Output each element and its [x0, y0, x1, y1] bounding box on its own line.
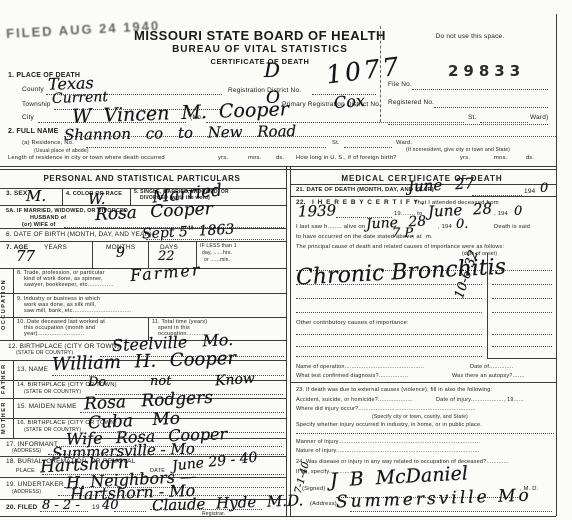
city-ward-label: Ward) [530, 114, 548, 121]
sex-value: M. [26, 187, 46, 205]
right-border [556, 14, 557, 516]
dotted-line [492, 312, 552, 313]
burial-place-label: PLACE [16, 468, 35, 474]
township-label: Township [22, 101, 51, 108]
full-name-label: 2. FULL NAME [8, 128, 59, 135]
age-less-label3: or ......min. [204, 257, 230, 263]
father-birthplace-value: Know [214, 371, 255, 390]
industry-label3: saw mill, bank, etc.....................… [24, 308, 132, 314]
registration-district-label: Registration District No. [228, 87, 301, 94]
rule [290, 196, 556, 197]
test-label: What test confirmed diagnosis?..........… [296, 373, 408, 379]
father-side-label: FATHER [1, 360, 13, 398]
ds-label: ds. [526, 155, 534, 161]
dotted-line [296, 433, 554, 434]
attended-from-value: 1939 [298, 201, 337, 220]
county-label: County [22, 86, 44, 93]
father-birthplace-sublabel: (STATE OR COUNTRY) [24, 389, 81, 395]
contributory-label: Other contributory causes of importance: [296, 320, 409, 326]
to-year-printed: , 194 [494, 211, 508, 217]
dotted-line [492, 298, 552, 299]
page-title: MISSOURI STATE BOARD OF HEALTH [120, 28, 400, 43]
last-saw-label: I last saw h........ alive on [296, 224, 365, 230]
to-year-value: 0 [514, 204, 522, 219]
father-birthplace-value: Do [88, 375, 106, 390]
yrs-label: yrs. [218, 155, 228, 161]
cell-divider [92, 241, 93, 268]
manner-injury-label: Manner of injury........................… [296, 439, 480, 445]
father-name-value: William H. Cooper [52, 348, 237, 375]
ds-label: ds. [276, 155, 284, 161]
registrar-signature: Claude Hyde M.D. [152, 491, 304, 514]
address-label: (Address) [310, 501, 337, 507]
last-saw-year-printed: , 194 [438, 224, 452, 230]
file-number-stamp: 29833 [448, 62, 525, 80]
rule [0, 169, 556, 170]
column-divider [290, 166, 291, 516]
occupation-side-label: OCCUPATION [1, 268, 13, 340]
autopsy-label: Was there an autopsy?....... [452, 373, 525, 379]
residence-value: Shannon co to New Road [64, 122, 296, 144]
birthplace-label: 12. BIRTHPLACE (CITY OR TOWN) [8, 343, 119, 350]
dotted-line [350, 511, 552, 512]
dotted-line [296, 312, 482, 313]
dotted-line [434, 107, 548, 108]
hour-of-death-value: 7 P. [392, 226, 415, 241]
dotted-line [344, 147, 392, 148]
age-years-value: 77 [16, 247, 35, 265]
operation-date-label: Date of.............. [470, 364, 513, 370]
left-column-header: PERSONAL AND STATISTICAL PARTICULARS [10, 174, 274, 183]
death-certificate-scan: FILED AUG 24 1940 MISSOURI STATE BOARD O… [0, 0, 572, 520]
rule [0, 166, 556, 167]
filed-label: 20. FILED [6, 504, 37, 511]
age-less-label: IF LESS than 1 [200, 243, 237, 249]
residence-ward-label: Ward. [396, 140, 412, 146]
trade-value: Farmer [129, 260, 202, 285]
residence-st-label: St. [332, 140, 340, 146]
specify-whether-label: Specify whether injury occurred in indus… [296, 422, 482, 428]
primary-district-label: Primary Registration District No. [282, 101, 381, 108]
dotted-line [492, 346, 552, 347]
cell-divider [13, 268, 14, 340]
date-of-death-value: June 27 [408, 174, 475, 195]
registered-no-label: Registered No. [388, 99, 434, 106]
primary-district-value: Cox [333, 91, 365, 112]
where-injury-label: Where did injury occur?.................… [296, 406, 476, 412]
dotted-line [480, 122, 528, 123]
how-long-us-label: How long in U. S., if of foreign birth? [296, 155, 397, 161]
informant-label: 17. INFORMANT [6, 441, 58, 448]
father-name-label: 13. NAME [17, 366, 48, 373]
mos-label: mos. [248, 155, 261, 161]
city-st-label: St. [468, 114, 477, 121]
nature-injury-label: Nature of injury........................… [296, 448, 480, 454]
abode-note: (Usual place of abode) [34, 148, 89, 154]
death-said-label: Death is said [494, 224, 530, 230]
cell-divider [62, 188, 63, 205]
injury-date-label: Date of injury..................., 19...… [436, 397, 524, 403]
length-residence-label: Length of residence in city or town wher… [8, 155, 165, 161]
undertaker-label: 19. UNDERTAKER [6, 481, 64, 488]
mos-label: mos. [494, 155, 507, 161]
column-divider [286, 166, 287, 516]
rule [290, 382, 556, 383]
rule [0, 317, 286, 318]
bottom-rule [0, 516, 556, 517]
dotted-line [296, 346, 482, 347]
do-not-use-note: Do not use this space. [395, 33, 545, 40]
file-no-label: File No. [388, 81, 412, 88]
death-year-value: 0 [540, 181, 548, 196]
rule [0, 293, 286, 294]
page-subtitle: BUREAU OF VITAL STATISTICS [120, 44, 400, 55]
m-label: m. [426, 234, 433, 240]
age-months-value: 9 [116, 245, 125, 261]
dotted-line [296, 356, 482, 357]
dotted-line [412, 89, 548, 90]
onset-box-bottom [487, 358, 556, 359]
accident-label: Accident, suicide, or homicide?.........… [296, 397, 413, 403]
mother-name-label: 15. MAIDEN NAME [17, 403, 77, 410]
dotted-line [40, 511, 88, 512]
filed-year-printed: 19 [92, 504, 100, 511]
external-causes-label: 23. If death was due to external causes … [296, 387, 492, 393]
cell-divider [13, 360, 14, 438]
stray-mark: D [264, 58, 280, 82]
principal-cause-label: The principal cause of death and related… [296, 244, 504, 250]
age-less-label2: day, ......hrs. [202, 250, 232, 256]
dotted-line [86, 147, 326, 148]
husband-of-label: HUSBAND of [30, 215, 66, 221]
operation-label: Name of operation.......................… [296, 364, 424, 370]
age-years-label: YEARS [44, 244, 67, 251]
rule [0, 241, 286, 242]
yrs-label: yrs. [460, 155, 470, 161]
dotted-line [296, 334, 482, 335]
dob-label: 6. DATE OF BIRTH (MONTH, DAY, AND YEAR) [6, 231, 152, 238]
dotted-line [492, 284, 552, 285]
death-year-printed: 194 [524, 188, 535, 195]
dotted-line [296, 298, 482, 299]
specify-city-note: (Specify city or town, county, and State… [372, 414, 468, 420]
informant-address-label: (ADDRESS) [12, 448, 41, 454]
dotted-line [388, 124, 548, 125]
father-birthplace-value: not [150, 374, 171, 389]
dotted-line [492, 334, 552, 335]
spouse-value: Rosa Cooper [95, 199, 214, 225]
last-worked-label3: year)........................... [24, 331, 84, 337]
related-occupation-label: 24. Was disease or injury in any way rel… [296, 459, 509, 465]
nonresident-note: (If nonresident, give city or town and S… [406, 147, 510, 153]
undertaker-address-label: (ADDRESS) [12, 489, 41, 495]
trade-label3: sawyer, bookkeeper, etc............... [24, 282, 114, 288]
physician-signature: J B McDaniel [330, 462, 469, 491]
dotted-line [114, 511, 146, 512]
last-saw-year-value: 0. [456, 217, 468, 232]
sex-label: 3. SEX [6, 190, 27, 197]
city-label: City [22, 114, 34, 121]
